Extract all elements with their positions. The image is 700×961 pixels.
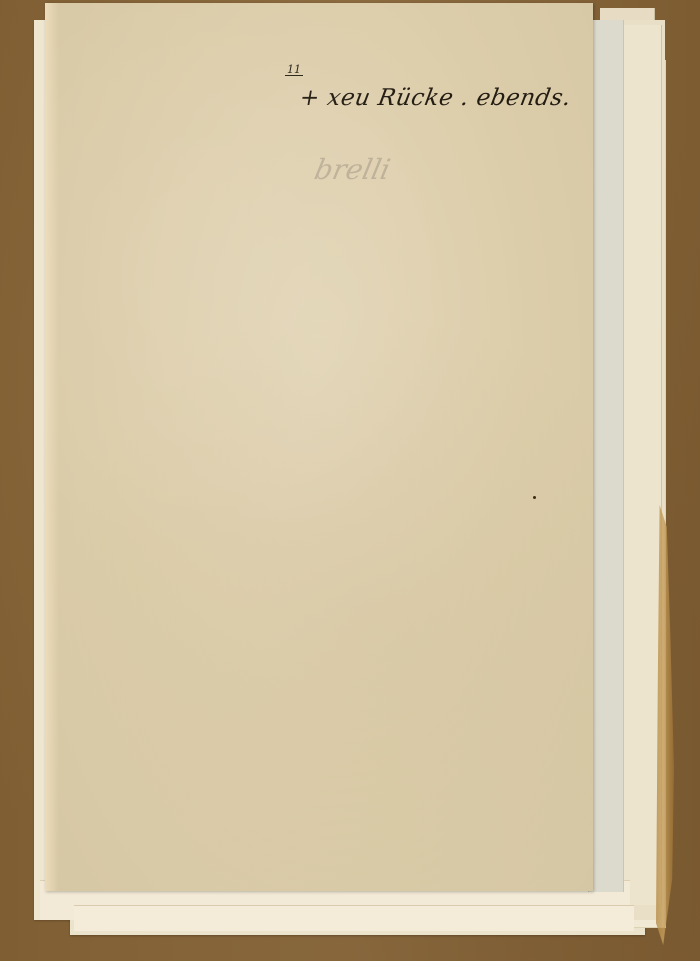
stack-sheet-bottom [74,905,634,931]
front-page: 11 + xeu Rücke . ebends. brelli [45,3,593,891]
ink-dot-mark [533,496,536,499]
pencil-annotation: brelli [311,153,393,186]
handwritten-heading: + xeu Rücke . ebends. [298,85,573,111]
paper-strip [588,20,624,892]
folio-number: 11 [285,65,303,76]
